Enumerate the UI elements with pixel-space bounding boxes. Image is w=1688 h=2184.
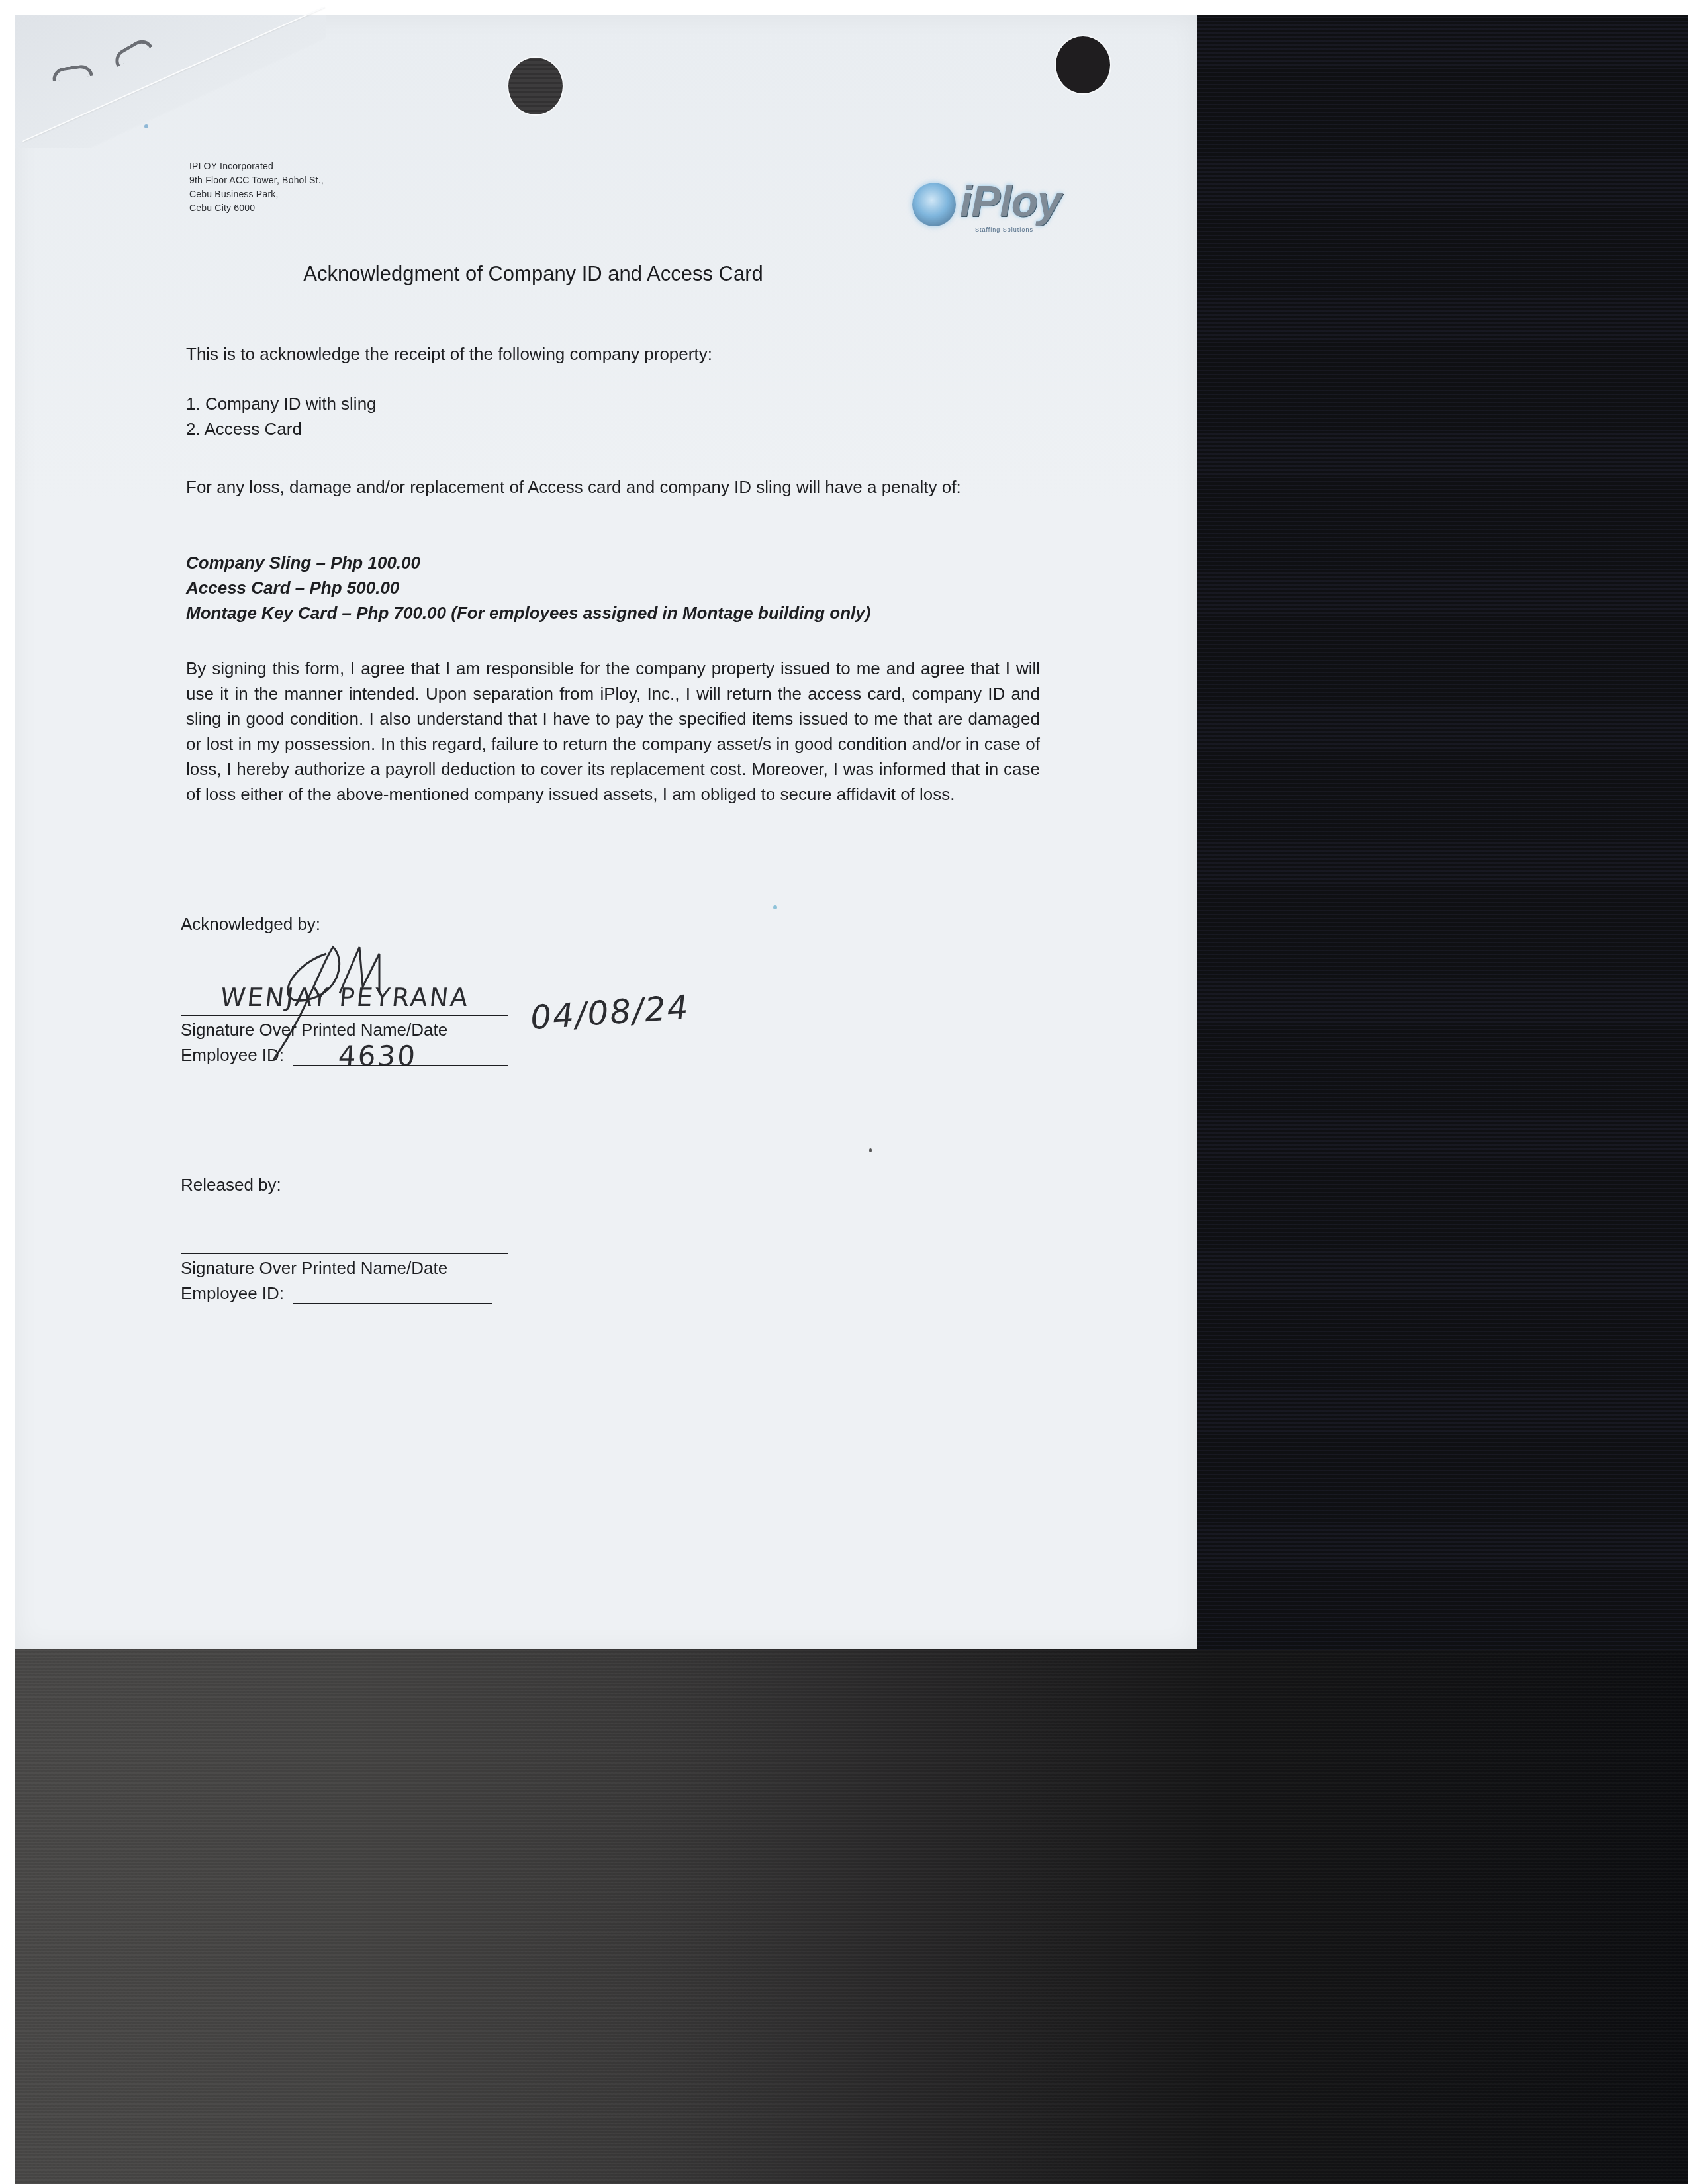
released-by-label: Released by: [181, 1175, 281, 1195]
penalty-item: Access Card – Php 500.00 [186, 575, 1040, 600]
signature-line [181, 1253, 508, 1254]
company-address: IPLOY Incorporated 9th Floor ACC Tower, … [189, 159, 324, 215]
address-line: 9th Floor ACC Tower, Bohol St., [189, 173, 324, 187]
scanner-background-right [1197, 15, 1688, 1650]
address-line: Cebu Business Park, [189, 187, 324, 201]
logo-tagline: Staffing Solutions [975, 226, 1033, 233]
list-item: 2. Access Card [186, 416, 1040, 441]
page-title: Acknowledgment of Company ID and Access … [0, 262, 1124, 286]
penalty-list: Company Sling – Php 100.00 Access Card –… [186, 550, 1040, 625]
property-list: 1. Company ID with sling 2. Access Card [186, 391, 1040, 441]
penalty-item: Company Sling – Php 100.00 [186, 550, 1040, 575]
scanned-page: IPLOY Incorporated 9th Floor ACC Tower, … [15, 15, 1197, 1649]
ink-speck [144, 124, 148, 128]
signature-caption: Signature Over Printed Name/Date [181, 1020, 447, 1040]
agreement-paragraph: By signing this form, I agree that I am … [186, 656, 1040, 807]
address-line: IPLOY Incorporated [189, 159, 324, 173]
employee-id-line [293, 1065, 508, 1066]
folded-corner [15, 15, 326, 148]
punch-hole-icon [507, 56, 564, 116]
list-item: 1. Company ID with sling [186, 391, 1040, 416]
address-line: Cebu City 6000 [189, 201, 324, 215]
employee-id-label: Employee ID: [181, 1045, 284, 1066]
penalty-item: Montage Key Card – Php 700.00 (For emplo… [186, 600, 1040, 625]
company-logo: iPloy Staffing Solutions [912, 177, 1084, 240]
handwritten-date: 04/08/24 [529, 988, 690, 1038]
penalty-intro-paragraph: For any loss, damage and/or replacement … [186, 475, 1040, 500]
intro-paragraph: This is to acknowledge the receipt of th… [186, 341, 1040, 367]
globe-swoosh-icon [912, 183, 956, 226]
logo-wordmark: iPloy [960, 176, 1061, 226]
ink-speck [773, 905, 777, 909]
ink-speck [869, 1148, 872, 1152]
signature-line [181, 1015, 508, 1016]
punch-hole-icon [1055, 35, 1111, 95]
signature-caption: Signature Over Printed Name/Date [181, 1258, 447, 1279]
employee-id-label: Employee ID: [181, 1283, 284, 1304]
handwritten-employee-id: 4630 [337, 1040, 418, 1072]
employee-id-line [293, 1303, 492, 1304]
handwritten-name: WENJAY PEYRANA [219, 983, 471, 1012]
